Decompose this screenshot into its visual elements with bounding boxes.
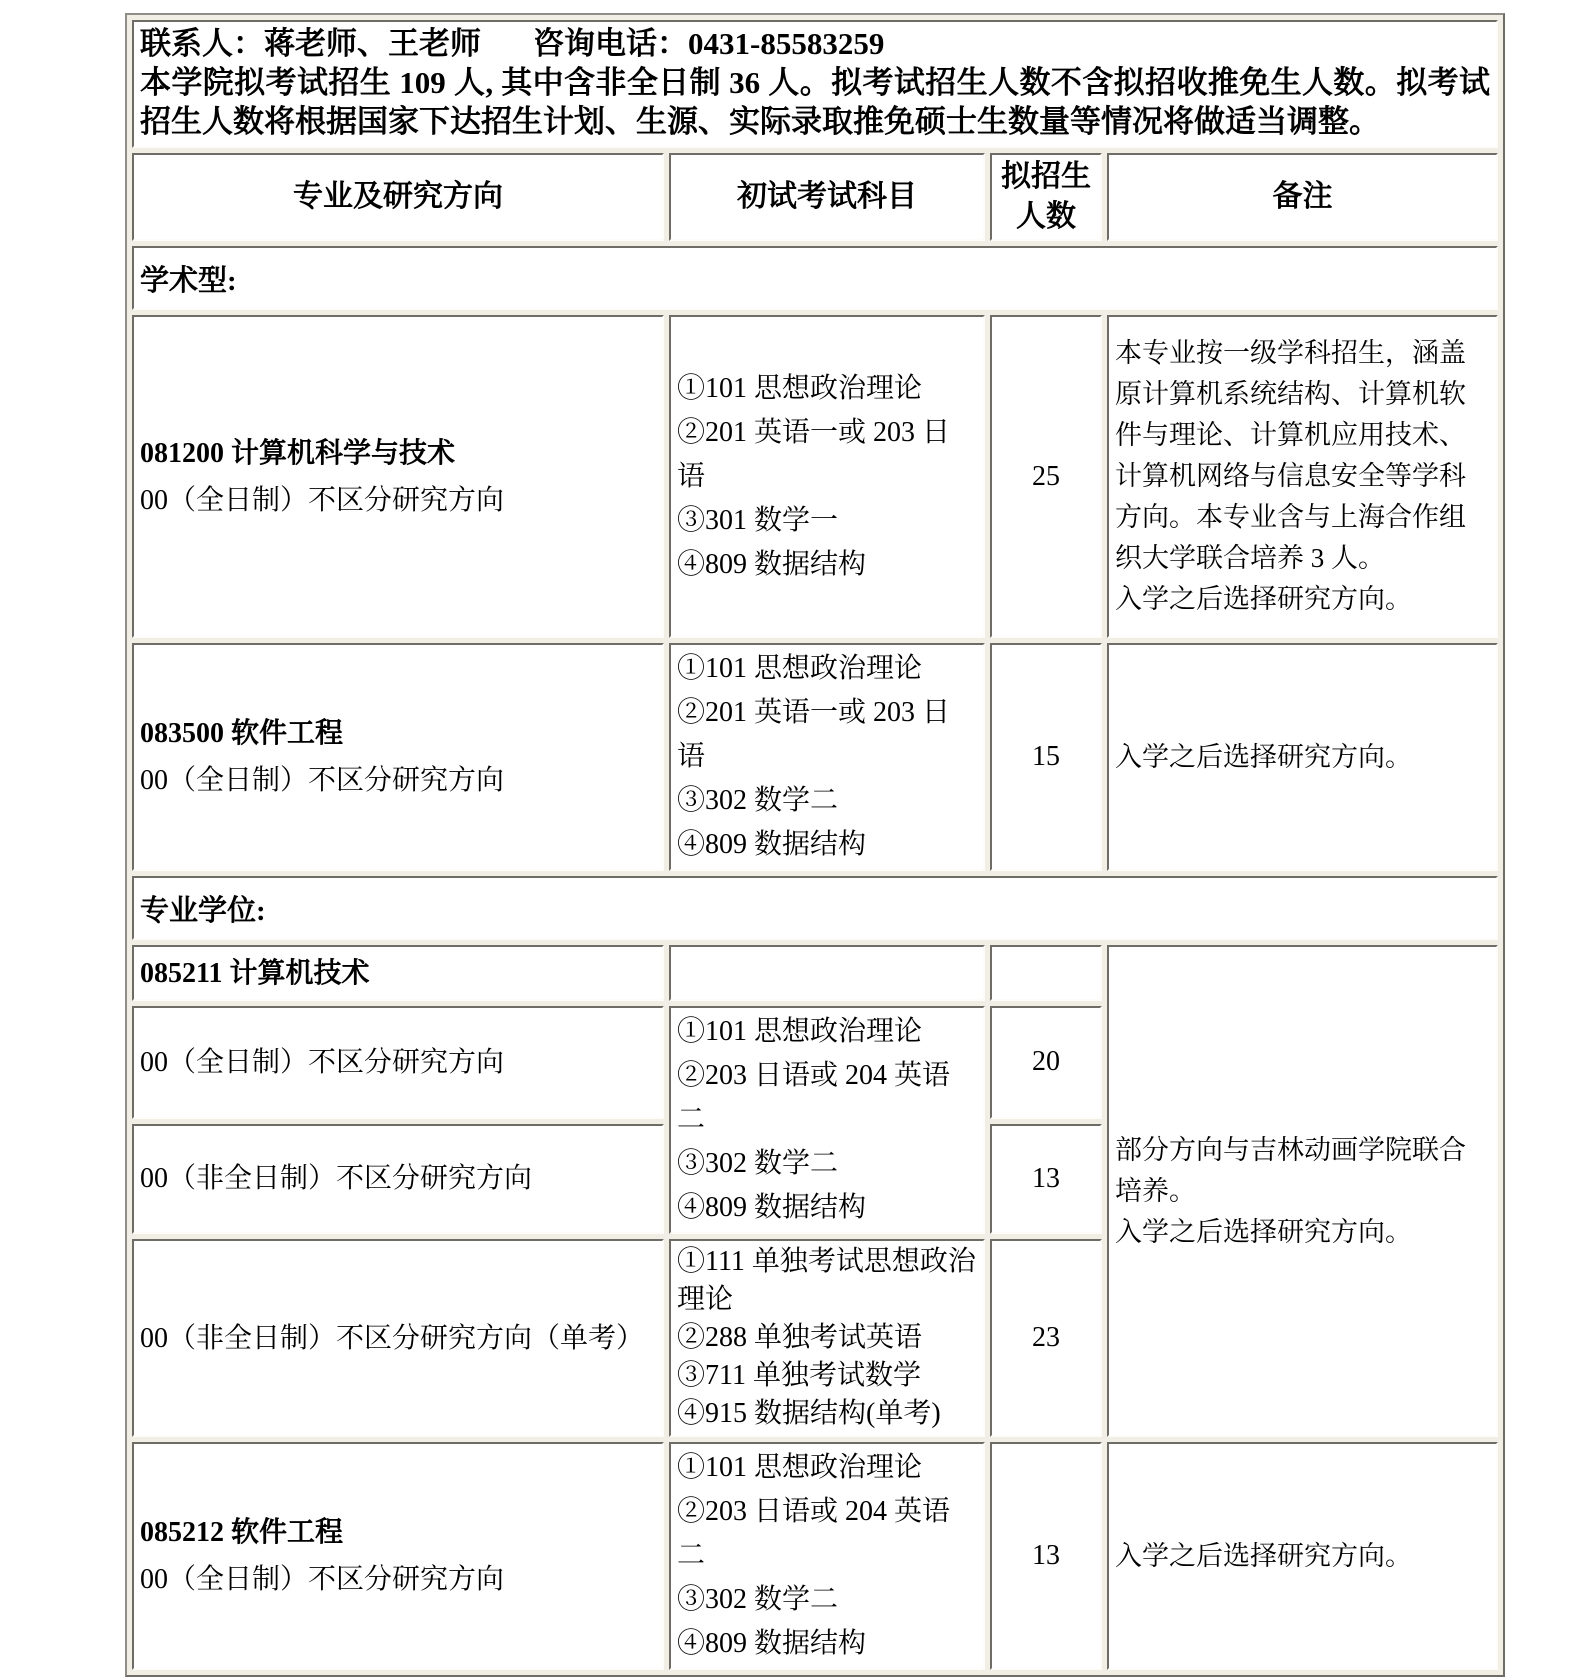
program-code-name: 083500 软件工程 — [140, 710, 656, 757]
count-cell-085212: 13 — [990, 1442, 1102, 1670]
section-row-academic: 学术型: — [132, 246, 1498, 310]
program-cell-085212: 085212 软件工程 00（全日制）不区分研究方向 — [132, 1442, 664, 1670]
subjects-cell-085212: ①101 思想政治理论 ②203 日语或 204 英语二 ③302 数学二 ④8… — [669, 1442, 985, 1670]
subjects-cell-085211-shared: ①101 思想政治理论 ②203 日语或 204 英语二 ③302 数学二 ④8… — [669, 1006, 985, 1234]
subject-line: ③302 数学二 — [677, 1142, 977, 1186]
remark-paragraph: 部分方向与吉林动画学院联合培养。 — [1115, 1130, 1490, 1212]
subject-line: ④809 数据结构 — [677, 1186, 977, 1230]
direction-cell-parttime: 00（非全日制）不区分研究方向 — [132, 1124, 664, 1234]
section-label-professional: 专业学位: — [132, 876, 1498, 940]
admissions-table: 联系人：蒋老师、王老师咨询电话：0431-85583259 本学院拟考试招生 1… — [127, 15, 1503, 1675]
column-header-major: 专业及研究方向 — [132, 153, 664, 241]
intro-cell: 联系人：蒋老师、王老师咨询电话：0431-85583259 本学院拟考试招生 1… — [132, 20, 1498, 148]
program-code-name: 085212 软件工程 — [140, 1509, 656, 1556]
table-row-081200: 081200 计算机科学与技术 00（全日制）不区分研究方向 ①101 思想政治… — [132, 315, 1498, 638]
remark-paragraph: 入学之后选择研究方向。 — [1115, 579, 1490, 620]
subject-line: ③301 数学一 — [677, 499, 977, 543]
admissions-table-frame: 联系人：蒋老师、王老师咨询电话：0431-85583259 本学院拟考试招生 1… — [125, 13, 1505, 1677]
count-cell-081200: 25 — [990, 315, 1102, 638]
program-cell-081200: 081200 计算机科学与技术 00（全日制）不区分研究方向 — [132, 315, 664, 638]
program-code-name: 081200 计算机科学与技术 — [140, 430, 656, 477]
remark-cell-083500: 入学之后选择研究方向。 — [1107, 643, 1498, 871]
intro-row: 联系人：蒋老师、王老师咨询电话：0431-85583259 本学院拟考试招生 1… — [132, 20, 1498, 148]
remark-paragraph: 入学之后选择研究方向。 — [1115, 1536, 1490, 1577]
table-row-083500: 083500 软件工程 00（全日制）不区分研究方向 ①101 思想政治理论 ②… — [132, 643, 1498, 871]
remark-paragraph: 入学之后选择研究方向。 — [1115, 737, 1490, 778]
section-row-professional: 专业学位: — [132, 876, 1498, 940]
subject-line: ②201 英语一或 203 日语 — [677, 411, 977, 499]
count-cell-085211-parttime: 13 — [990, 1124, 1102, 1234]
count-cell-083500: 15 — [990, 643, 1102, 871]
program-direction: 00（全日制）不区分研究方向 — [140, 1556, 656, 1603]
remark-paragraph: 入学之后选择研究方向。 — [1115, 1212, 1490, 1253]
contact-line: 联系人：蒋老师、王老师咨询电话：0431-85583259 — [140, 24, 1490, 63]
subjects-cell-083500: ①101 思想政治理论 ②201 英语一或 203 日语 ③302 数学二 ④8… — [669, 643, 985, 871]
section-label-academic: 学术型: — [132, 246, 1498, 310]
subjects-cell-081200: ①101 思想政治理论 ②201 英语一或 203 日语 ③301 数学一 ④8… — [669, 315, 985, 638]
subjects-cell-085211-dankao: ①111 单独考试思想政治理论 ②288 单独考试英语 ③711 单独考试数学 … — [669, 1239, 985, 1437]
subject-line: ④915 数据结构(单考) — [677, 1395, 977, 1433]
empty-subjects-cell — [669, 945, 985, 1001]
subject-line: ③711 单独考试数学 — [677, 1357, 977, 1395]
subject-line: ②288 单独考试英语 — [677, 1319, 977, 1357]
empty-count-cell — [990, 945, 1102, 1001]
subject-line: ②203 日语或 204 英语二 — [677, 1054, 977, 1142]
column-header-planned-enrollment: 拟招生人数 — [990, 153, 1102, 241]
subject-line: ①111 单独考试思想政治理论 — [677, 1243, 977, 1319]
subject-line: ①101 思想政治理论 — [677, 367, 977, 411]
count-cell-085211-dankao: 23 — [990, 1239, 1102, 1437]
program-code-name: 085211 计算机技术 — [140, 950, 656, 997]
table-row-085211-title: 085211 计算机技术 部分方向与吉林动画学院联合培养。 入学之后选择研究方向… — [132, 945, 1498, 1001]
subject-line: ①101 思想政治理论 — [677, 1010, 977, 1054]
program-direction: 00（全日制）不区分研究方向 — [140, 477, 656, 524]
column-header-exam-subjects: 初试考试科目 — [669, 153, 985, 241]
count-cell-085211-fulltime: 20 — [990, 1006, 1102, 1119]
program-cell-085211: 085211 计算机技术 — [132, 945, 664, 1001]
remark-cell-081200: 本专业按一级学科招生，涵盖原计算机系统结构、计算机软件与理论、计算机应用技术、计… — [1107, 315, 1498, 638]
subject-line: ②203 日语或 204 英语二 — [677, 1490, 977, 1578]
remark-paragraph: 本专业按一级学科招生，涵盖原计算机系统结构、计算机软件与理论、计算机应用技术、计… — [1115, 333, 1490, 579]
contact-phone: 咨询电话：0431-85583259 — [533, 26, 884, 61]
subject-line: ③302 数学二 — [677, 779, 977, 823]
column-header-remarks: 备注 — [1107, 153, 1498, 241]
document-page: 联系人：蒋老师、王老师咨询电话：0431-85583259 本学院拟考试招生 1… — [0, 0, 1593, 1629]
subject-line: ①101 思想政治理论 — [677, 1446, 977, 1490]
program-direction: 00（全日制）不区分研究方向 — [140, 757, 656, 804]
subject-line: ④809 数据结构 — [677, 1622, 977, 1666]
subject-line: ②201 英语一或 203 日语 — [677, 691, 977, 779]
enrollment-note: 本学院拟考试招生 109 人, 其中含非全日制 36 人。拟考试招生人数不含拟招… — [140, 63, 1490, 141]
table-row-085212: 085212 软件工程 00（全日制）不区分研究方向 ①101 思想政治理论 ②… — [132, 1442, 1498, 1670]
subject-line: ③302 数学二 — [677, 1578, 977, 1622]
program-direction: 00（非全日制）不区分研究方向（单考） — [140, 1315, 656, 1362]
subject-line: ①101 思想政治理论 — [677, 647, 977, 691]
contact-person: 联系人：蒋老师、王老师 — [140, 26, 481, 61]
direction-cell-fulltime: 00（全日制）不区分研究方向 — [132, 1006, 664, 1119]
program-direction: 00（非全日制）不区分研究方向 — [140, 1155, 656, 1202]
program-direction: 00（全日制）不区分研究方向 — [140, 1039, 656, 1086]
subject-line: ④809 数据结构 — [677, 543, 977, 587]
program-cell-083500: 083500 软件工程 00（全日制）不区分研究方向 — [132, 643, 664, 871]
remark-cell-085212: 入学之后选择研究方向。 — [1107, 1442, 1498, 1670]
subject-line: ④809 数据结构 — [677, 823, 977, 867]
direction-cell-dankao: 00（非全日制）不区分研究方向（单考） — [132, 1239, 664, 1437]
remark-cell-085211: 部分方向与吉林动画学院联合培养。 入学之后选择研究方向。 — [1107, 945, 1498, 1437]
header-row: 专业及研究方向 初试考试科目 拟招生人数 备注 — [132, 153, 1498, 241]
